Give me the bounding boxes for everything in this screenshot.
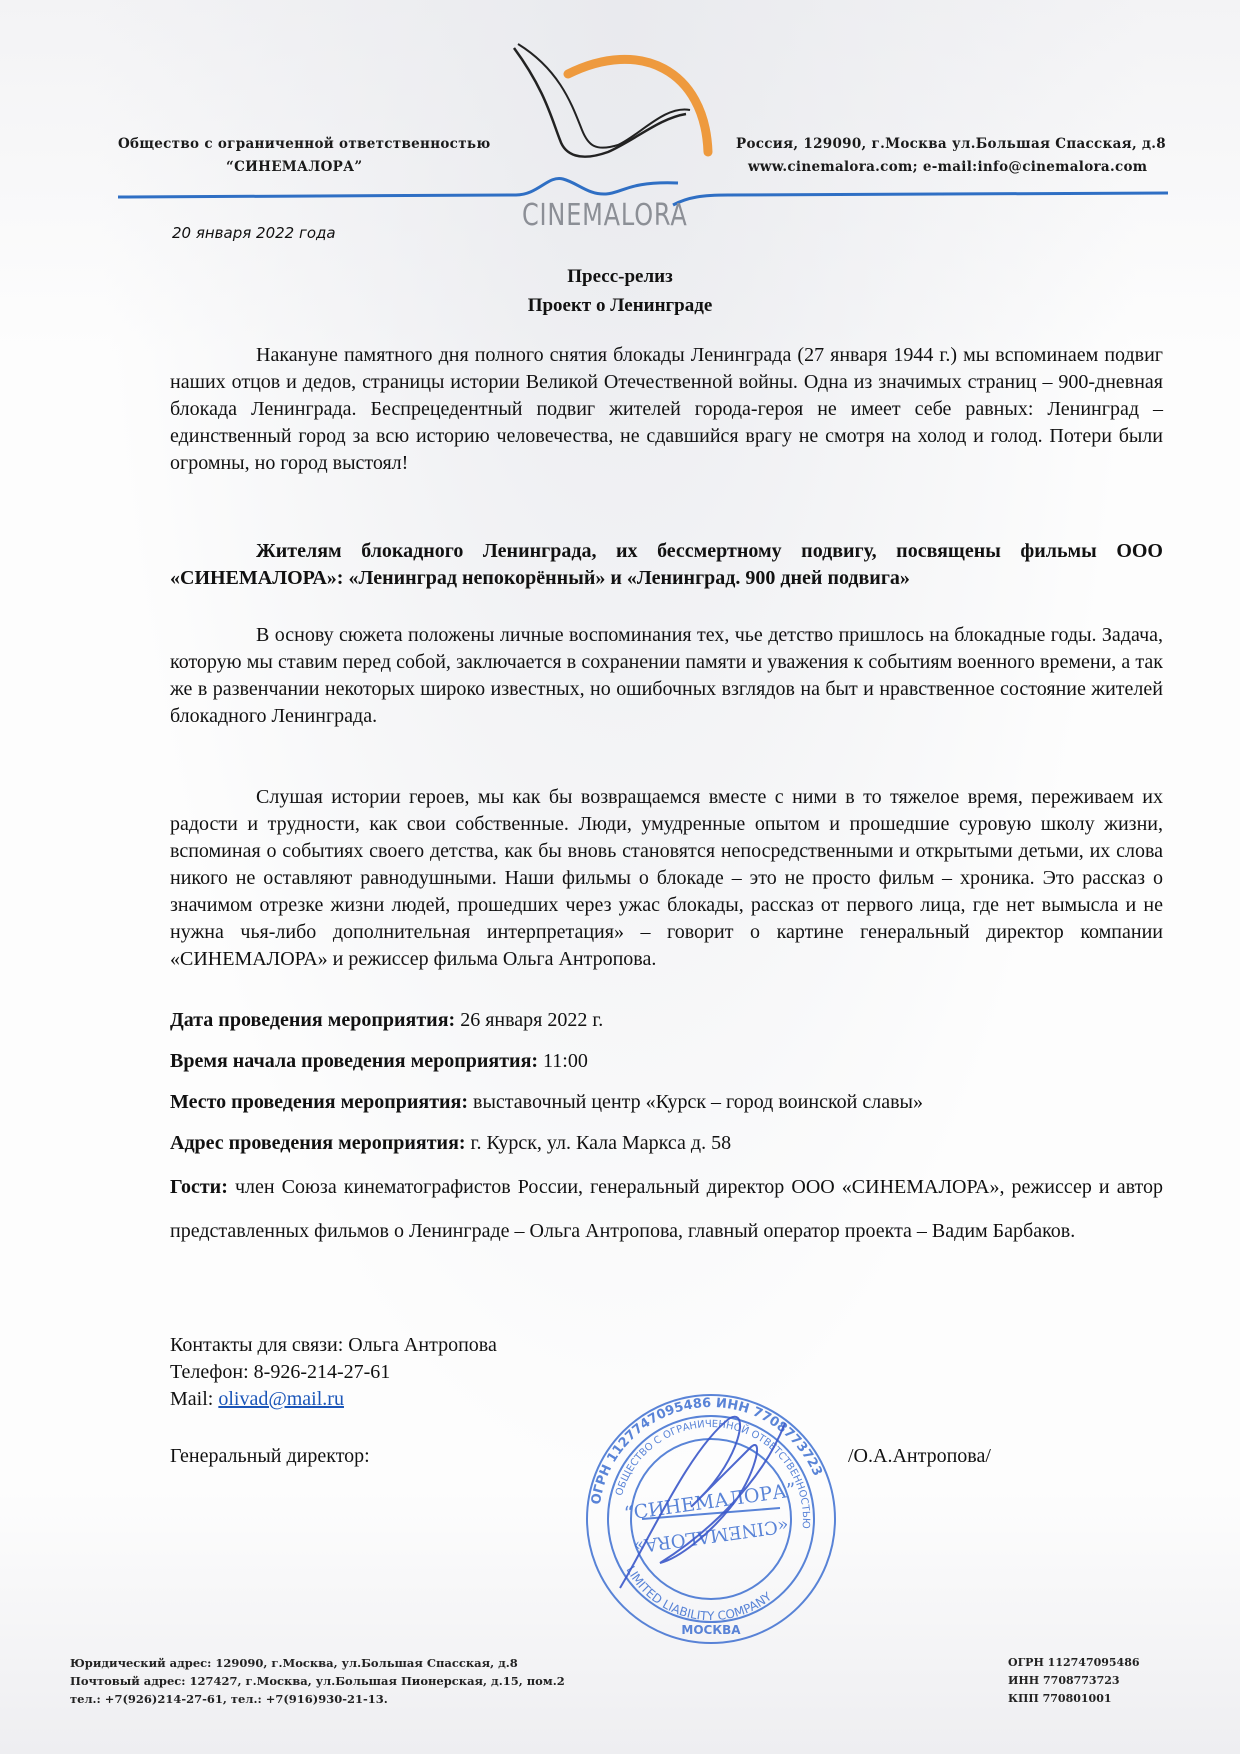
company-name: “СИНЕМАЛОРА” xyxy=(118,159,518,175)
event-place-value: выставочный центр «Курск – город воинско… xyxy=(468,1091,923,1113)
title-project: Проект о Ленинграде xyxy=(0,291,1240,320)
event-guests-row: Гости: член Союза кинематографистов Росс… xyxy=(170,1165,1163,1253)
footer-registration: ОГРН 112747095486 ИНН 7708773723 КПП 770… xyxy=(1008,1654,1140,1708)
stamp-lower-text: LIMITED LIABILITY COMPANY xyxy=(623,1564,774,1624)
films-heading: Жителям блокадного Ленинграда, их бессме… xyxy=(170,538,1163,592)
footer-legal-address: Юридический адрес: 129090, г.Москва, ул.… xyxy=(70,1654,565,1672)
company-web-email: www.cinemalora.com; e-mail:info@cinemalo… xyxy=(736,159,1206,175)
company-contacts-header: Россия, 129090, г.Москва ул.Большая Спас… xyxy=(736,136,1206,175)
paragraph-intro: Накануне памятного дня полного снятия бл… xyxy=(170,342,1163,477)
event-address-row: Адрес проведения мероприятия: г. Курск, … xyxy=(170,1130,1163,1157)
title-press-release: Пресс-релиз xyxy=(0,262,1240,291)
event-date-value: 26 января 2022 г. xyxy=(455,1009,603,1031)
contact-email-link[interactable]: olivad@mail.ru xyxy=(218,1388,344,1410)
footer-addresses: Юридический адрес: 129090, г.Москва, ул.… xyxy=(70,1654,565,1708)
paragraph-plot: В основу сюжета положены личные воспомин… xyxy=(170,622,1163,730)
footer-postal-address: Почтовый адрес: 127427, г.Москва, ул.Бол… xyxy=(70,1672,565,1690)
document-date: 20 января 2022 года xyxy=(172,224,336,242)
company-form: Общество с ограниченной ответственностью xyxy=(118,136,518,152)
footer-kpp: КПП 770801001 xyxy=(1008,1690,1140,1708)
event-date-label: Дата проведения мероприятия: xyxy=(170,1009,455,1031)
contact-mail: Mail: olivad@mail.ru xyxy=(170,1386,497,1413)
contact-block: Контакты для связи: Ольга Антропова Теле… xyxy=(170,1332,497,1413)
signature-name: /О.А.Антропова/ xyxy=(848,1445,991,1468)
event-guests-value: член Союза кинематографистов России, ген… xyxy=(170,1176,1163,1242)
footer-inn: ИНН 7708773723 xyxy=(1008,1672,1140,1690)
signature-role: Генеральный директор: xyxy=(170,1445,370,1468)
company-address: Россия, 129090, г.Москва ул.Большая Спас… xyxy=(736,136,1206,152)
logo-wordmark: CINEMALORA xyxy=(522,198,688,233)
event-guests-label: Гости: xyxy=(170,1176,228,1198)
stamp-city: МОСКВА xyxy=(681,1623,741,1637)
footer-ogrn: ОГРН 112747095486 xyxy=(1008,1654,1140,1672)
company-stamp-icon: ОГРН 1127747095486 ИНН 7708773723 ОБЩЕСТ… xyxy=(580,1388,842,1650)
company-legal-name: Общество с ограниченной ответственностью… xyxy=(118,136,518,175)
event-time-label: Время начала проведения мероприятия: xyxy=(170,1050,538,1072)
event-address-label: Адрес проведения мероприятия: xyxy=(170,1132,466,1154)
contact-phone: Телефон: 8-926-214-27-61 xyxy=(170,1359,497,1386)
event-time-value: 11:00 xyxy=(538,1050,588,1072)
event-place-label: Место проведения мероприятия: xyxy=(170,1091,468,1113)
event-details: Дата проведения мероприятия: 26 января 2… xyxy=(170,1007,1163,1267)
svg-text:LIMITED LIABILITY COMPANY: LIMITED LIABILITY COMPANY xyxy=(623,1564,774,1624)
footer-phones: тел.: +7(926)214-27-61, тел.: +7(916)930… xyxy=(70,1690,565,1708)
contact-person: Контакты для связи: Ольга Антропова xyxy=(170,1332,497,1359)
paragraph-quote: Слушая истории героев, мы как бы возвращ… xyxy=(170,784,1163,973)
contact-mail-label: Mail: xyxy=(170,1388,218,1410)
event-address-value: г. Курск, ул. Кала Маркса д. 58 xyxy=(466,1132,732,1154)
event-place-row: Место проведения мероприятия: выставочны… xyxy=(170,1089,1163,1116)
event-date-row: Дата проведения мероприятия: 26 января 2… xyxy=(170,1007,1163,1034)
document-title: Пресс-релиз Проект о Ленинграде xyxy=(0,262,1240,320)
event-time-row: Время начала проведения мероприятия: 11:… xyxy=(170,1048,1163,1075)
